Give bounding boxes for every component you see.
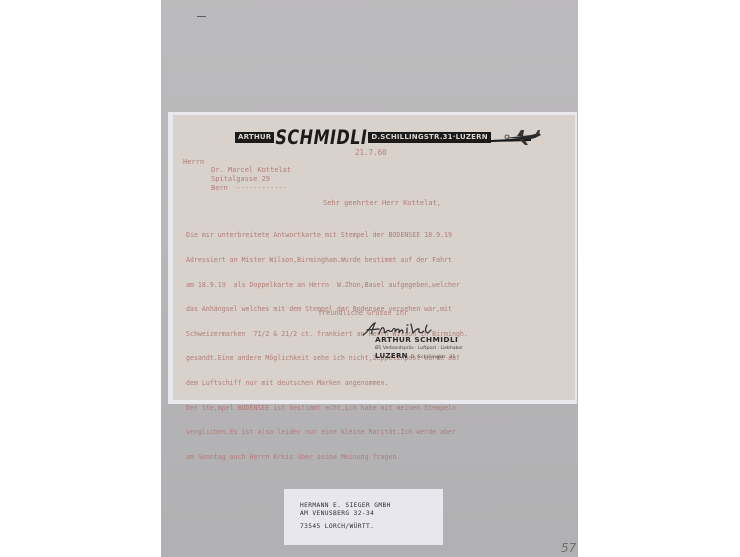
recipient-city: Bern ------------: [211, 184, 287, 193]
body-line: am Sonntag auch Herrn Kreis über seine M…: [186, 453, 571, 461]
dealer-line-2: AM VENUSBERG 32-34: [300, 510, 391, 518]
letter: ARTHUR SCHMIDLI D.SCHILLINGSTR.31·LUZERN…: [173, 115, 575, 400]
greeting: Sehr geehrter Herr Kottelat,: [323, 199, 441, 207]
page-number: 57: [561, 541, 576, 555]
recipient-name: Dr. Marcel Kottelat: [211, 166, 291, 175]
airplane-icon: [491, 129, 543, 147]
letterhead: ARTHUR SCHMIDLI D.SCHILLINGSTR.31·LUZERN: [235, 131, 543, 144]
stamp-subtitle: Ø1 Verbandspräs · Luftpost · Liebhaber: [375, 346, 463, 351]
letterhead-surname: SCHMIDLI: [275, 130, 367, 146]
closing: freundliche Grüsse Ihr: [318, 309, 408, 317]
dealer-label: HERMANN E. SIEGER GMBHAM VENUSBERG 32-34…: [284, 489, 443, 545]
letterhead-first-name: ARTHUR: [235, 132, 274, 143]
sender-stamp: ARTHUR SCHMIDLI Ø1 Verbandspräs · Luftpo…: [375, 335, 463, 360]
body-line: Die mir unterbreitete Antwortkarte mit S…: [186, 231, 571, 239]
recipient-salutation-line: Herrn: [183, 158, 204, 167]
body-line: am 18.9.19 als Doppelkarte an Herrn W.Zh…: [186, 281, 571, 289]
body-line: Der Ste,mpel BODENSEE ist bestimmt echt,…: [186, 404, 571, 412]
recipient-street: Spitalgasse 29: [211, 175, 270, 184]
stamp-city-line: LUZERN D. Schillingstr. 31: [375, 352, 463, 360]
body-line: verglichen.Es ist also leider nur eine k…: [186, 428, 571, 436]
stamp-name: ARTHUR SCHMIDLI: [375, 335, 463, 344]
body-line: dem Luftschiff nur mit deutschen Marken …: [186, 379, 571, 387]
letterhead-address: D.SCHILLINGSTR.31·LUZERN: [368, 132, 490, 143]
stamp-city: LUZERN: [375, 352, 408, 360]
pencil-mark: [197, 16, 206, 17]
stamp-street: D. Schillingstr. 31: [411, 355, 456, 360]
dealer-address: HERMANN E. SIEGER GMBHAM VENUSBERG 32-34…: [300, 502, 391, 531]
letter-date: 21.7.60: [355, 148, 387, 157]
dealer-line-1: HERMANN E. SIEGER GMBH: [300, 502, 391, 510]
body-line: Adressiert an Mister Wilson,Birmingham.W…: [186, 256, 571, 264]
dealer-line-3: 73545 LORCH/WÜRTT.: [300, 523, 391, 531]
